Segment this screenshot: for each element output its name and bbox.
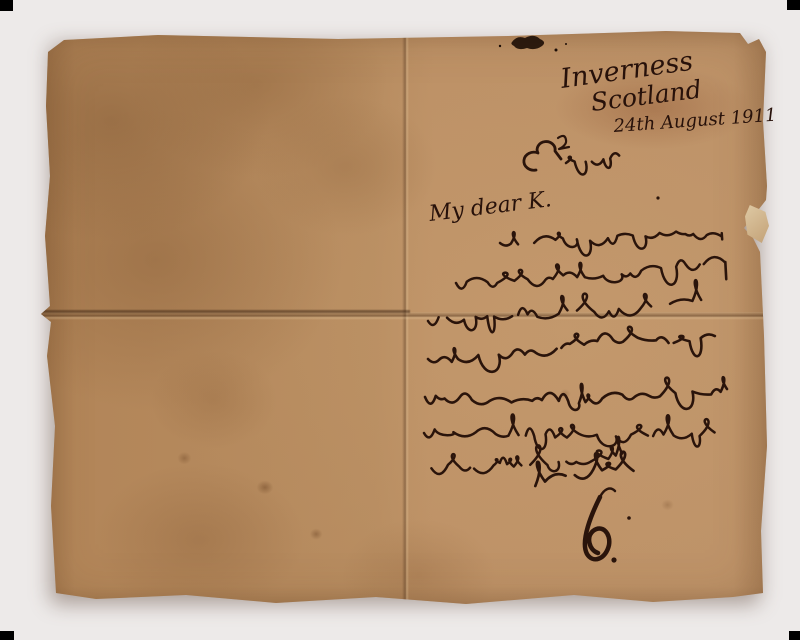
body-line-5 <box>425 376 728 418</box>
photo-background: Inverness Scotland 24th August 1911 My d… <box>0 0 800 640</box>
signature-monogram <box>585 497 609 559</box>
salutation-flourish-loops <box>524 142 561 171</box>
ink-speck <box>555 49 558 52</box>
ink-dot <box>656 196 659 199</box>
heading-block: Inverness Scotland 24th August 1911 <box>558 46 777 137</box>
body-line-6 <box>423 407 715 456</box>
body-line-1 <box>499 218 722 262</box>
body-line-3 <box>427 280 703 336</box>
ink-blot <box>511 36 544 49</box>
handwriting-layer: Inverness Scotland 24th August 1911 My d… <box>0 0 800 640</box>
ink-speck <box>499 45 501 47</box>
ink-speck <box>627 516 631 520</box>
greeting-text: My dear K. <box>427 187 553 227</box>
signature-monogram-flick <box>600 489 615 497</box>
ink-speck <box>565 43 567 45</box>
flourish-tail <box>565 152 620 177</box>
salutation-flourish-tick <box>558 136 569 149</box>
body-line-2 <box>455 255 726 296</box>
signature-dot <box>611 557 616 562</box>
